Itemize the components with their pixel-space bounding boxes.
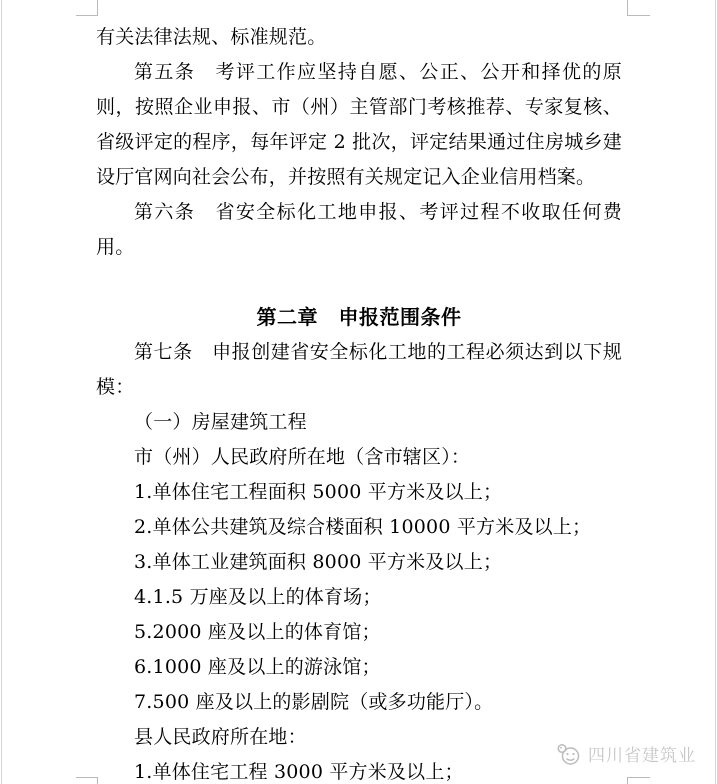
margin-crop-mark-top-left: [76, 0, 98, 16]
paragraph-article-7: 第七条 申报创建省安全标化工地的工程必须达到以下规模：: [96, 335, 622, 405]
margin-crop-mark-bottom-right: [627, 777, 650, 784]
list-item-6: 6.1000 座及以上的游泳馆；: [96, 650, 622, 685]
margin-crop-mark-top-right: [627, 0, 650, 16]
paragraph-subsection-1: （一）房屋建筑工程: [96, 405, 622, 440]
paragraph-article-6: 第六条 省安全标化工地申报、考评过程不收取任何费用。: [96, 195, 622, 265]
list-item-3: 3.单体工业建筑面积 8000 平方米及以上；: [96, 545, 622, 580]
chapter-heading: 第二章 申报范围条件: [96, 300, 622, 335]
panda-logo-icon: [556, 742, 582, 766]
wechat-account-watermark[interactable]: 四川省建筑业: [556, 741, 696, 766]
paragraph-city-scope: 市（州）人民政府所在地（含市辖区）：: [96, 440, 622, 475]
margin-crop-mark-bottom-left: [76, 777, 98, 784]
list-item-1: 1.单体住宅工程面积 5000 平方米及以上；: [96, 475, 622, 510]
county-list-item-1: 1.单体住宅工程 3000 平方米及以上；: [96, 755, 622, 784]
paragraph-county-scope: 县人民政府所在地：: [96, 720, 622, 755]
page-right-edge-line: [715, 0, 716, 784]
list-item-4: 4.1.5 万座及以上的体育场；: [96, 580, 622, 615]
paragraph-article-5: 第五条 考评工作应坚持自愿、公正、公开和择优的原则，按照企业申报、市（州）主管部…: [96, 55, 622, 195]
list-item-2: 2.单体公共建筑及综合楼面积 10000 平方米及以上；: [96, 510, 622, 545]
paragraph-continuation: 有关法律法规、标准规范。: [96, 20, 622, 55]
document-body: 有关法律法规、标准规范。 第五条 考评工作应坚持自愿、公正、公开和择优的原则，按…: [96, 20, 622, 784]
watermark-label: 四川省建筑业: [588, 741, 696, 766]
page-left-edge-line: [1, 0, 2, 784]
list-item-5: 5.2000 座及以上的体育馆；: [96, 615, 622, 650]
list-item-7: 7.500 座及以上的影剧院（或多功能厅）。: [96, 685, 622, 720]
document-page: 有关法律法规、标准规范。 第五条 考评工作应坚持自愿、公正、公开和择优的原则，按…: [0, 0, 717, 784]
